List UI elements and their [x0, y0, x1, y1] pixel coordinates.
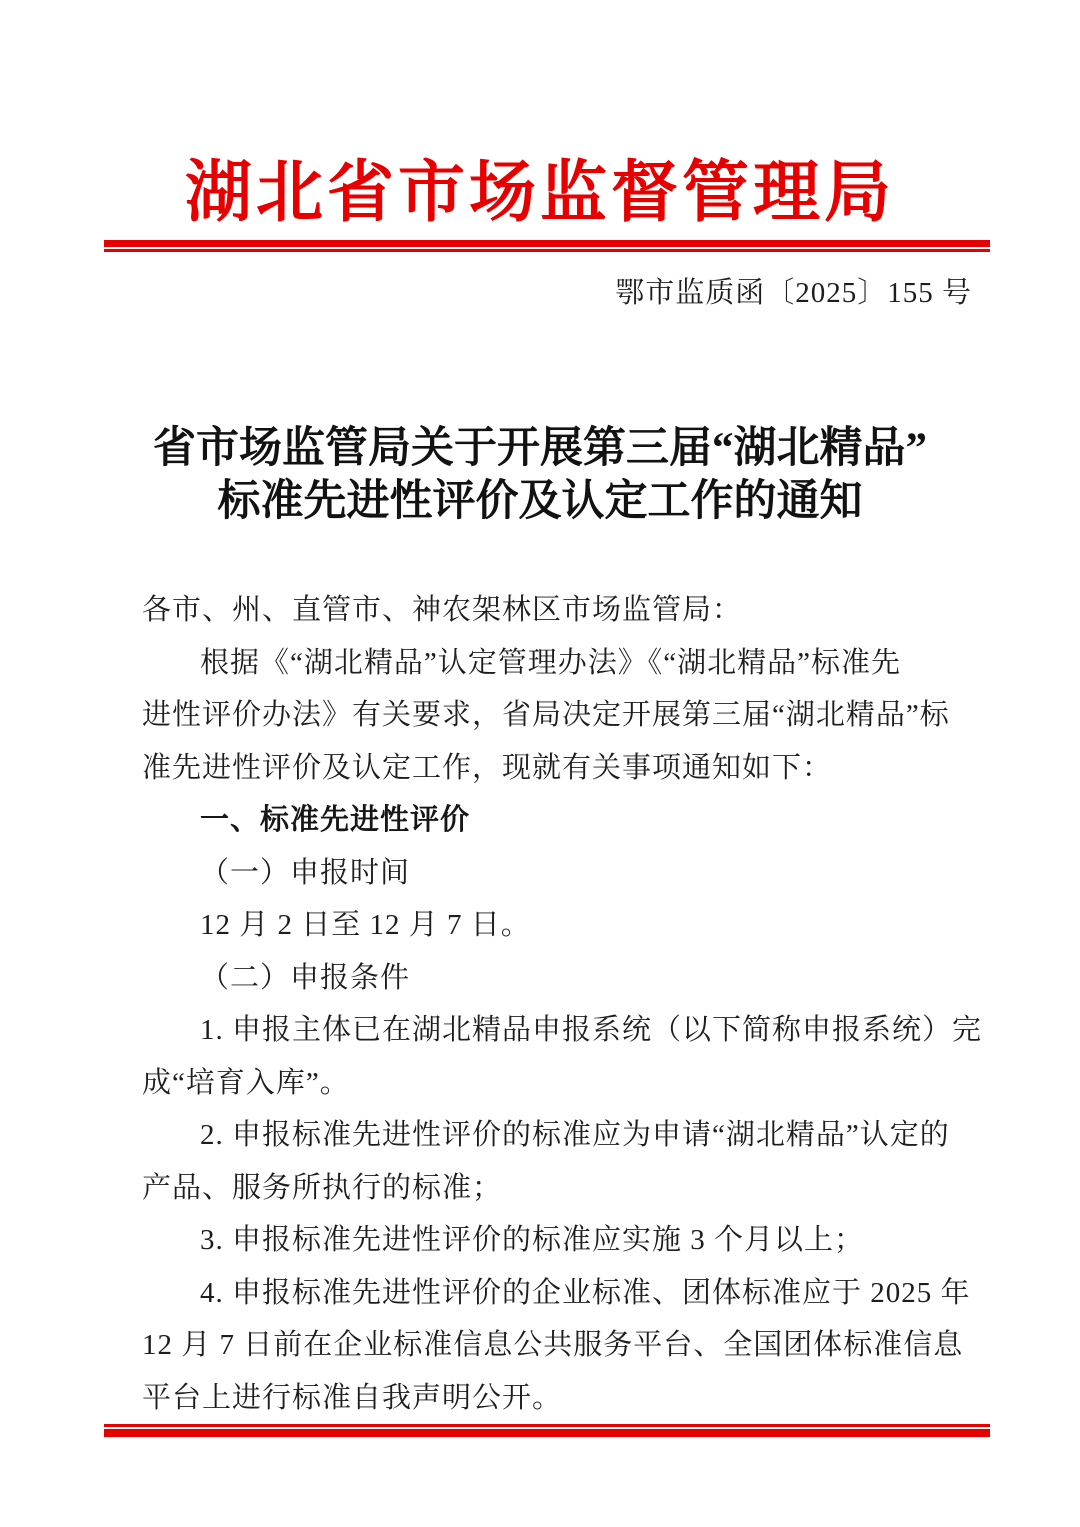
body-line: 12 月 2 日至 12 月 7 日。 [142, 899, 954, 952]
body-line: 根据《“湖北精品”认定管理办法》《“湖北精品”标准先 [142, 637, 954, 690]
body-line: 平台上进行标准自我声明公开。 [142, 1372, 954, 1425]
red-rule-thick [104, 1429, 990, 1437]
sub-heading: （二）申报条件 [142, 952, 954, 1005]
doc-number: 鄂市监质函〔2025〕155 号 [615, 276, 972, 310]
body-line: 12 月 7 日前在企业标准信息公共服务平台、全国团体标准信息 [142, 1319, 954, 1372]
red-separator-bottom [104, 1424, 990, 1437]
body-line: 准先进性评价及认定工作，现就有关事项通知如下： [142, 742, 954, 795]
body-line: 4. 申报标准先进性评价的企业标准、团体标准应于 2025 年 [142, 1267, 954, 1320]
document-body: 各市、州、直管市、神农架林区市场监管局： 根据《“湖北精品”认定管理办法》《“湖… [142, 584, 954, 1424]
body-line: 3. 申报标准先进性评价的标准应实施 3 个月以上； [142, 1214, 954, 1267]
sub-heading: （一）申报时间 [142, 847, 954, 900]
agency-letterhead: 湖北省市场监督管理局 [0, 150, 1080, 236]
body-line-salutation: 各市、州、直管市、神农架林区市场监管局： [142, 584, 954, 637]
body-line: 产品、服务所执行的标准； [142, 1162, 954, 1215]
red-rule-thick [104, 240, 990, 247]
section-heading: 一、标准先进性评价 [142, 794, 954, 847]
red-rule-thin [104, 249, 990, 252]
body-line: 1. 申报主体已在湖北精品申报系统（以下简称申报系统）完 [142, 1004, 954, 1057]
document-title-line1: 省市场监管局关于开展第三届“湖北精品” [0, 422, 1080, 475]
body-line: 成“培育入库”。 [142, 1057, 954, 1110]
document-title-line2: 标准先进性评价及认定工作的通知 [0, 475, 1080, 528]
red-separator-top [104, 240, 990, 252]
body-line: 进性评价办法》有关要求，省局决定开展第三届“湖北精品”标 [142, 689, 954, 742]
body-line: 2. 申报标准先进性评价的标准应为申请“湖北精品”认定的 [142, 1109, 954, 1162]
document-title: 省市场监管局关于开展第三届“湖北精品” 标准先进性评价及认定工作的通知 [0, 422, 1080, 528]
official-document-page: 湖北省市场监督管理局 鄂市监质函〔2025〕155 号 省市场监管局关于开展第三… [0, 0, 1080, 1527]
